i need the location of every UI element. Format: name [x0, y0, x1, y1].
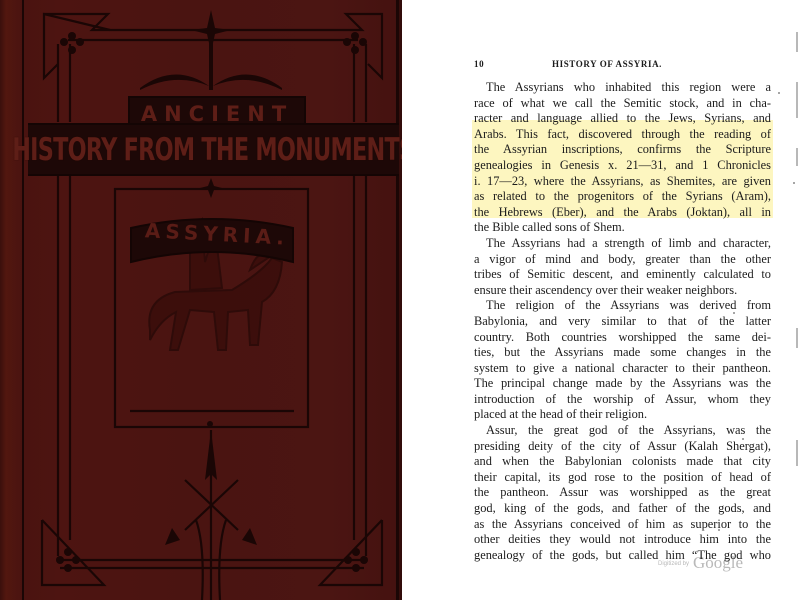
highlighted-text-line[interactable]: the Bible called sons of Shem.	[474, 220, 771, 236]
text-line: ensure their ascendency over their weake…	[474, 283, 771, 299]
text-line: The Assyrians had a strength of limb and…	[474, 236, 771, 252]
text-line: racter and language allied to the Jews, …	[474, 111, 771, 127]
text-line: and when the Babylonian colonists made t…	[474, 454, 771, 470]
scan-speck	[793, 182, 795, 184]
text-line: their capital, its god rose to the posit…	[474, 470, 771, 486]
highlighted-text-line[interactable]: Arabs. This fact, discovered through the…	[474, 127, 771, 143]
text-line: system to give a national character to t…	[474, 361, 771, 377]
text-line: god, king of the gods, and father of the…	[474, 501, 771, 517]
cover-top-line: ANCIENT	[141, 102, 293, 126]
page-number: 10	[474, 59, 484, 69]
scan-speck	[778, 92, 780, 94]
highlighted-text-line[interactable]: i. 17—23, where the Assyrians, as Shemit…	[474, 174, 771, 190]
highlighted-text-line[interactable]: the Assyrian inscriptions, confirms the …	[474, 142, 771, 158]
text-line: tribes of Semitic descent, and eminently…	[474, 267, 771, 283]
scan-edge-mark	[796, 148, 798, 166]
text-line: a vigor of mind and body, greater than t…	[474, 252, 771, 268]
text-line: The religion of the Assyrians was derive…	[474, 298, 771, 314]
scan-edge-mark	[796, 32, 798, 52]
text-line: introduction of the worship of Assur, wh…	[474, 392, 771, 408]
running-head: HISTORY OF ASSYRIA.	[552, 59, 662, 69]
text-line: ties, but the Assyrians made some change…	[474, 345, 771, 361]
text-line: placed at the head of their religion.	[474, 407, 771, 423]
text-line: the pantheon. Assur was worshipped as th…	[474, 485, 771, 501]
text-line: genealogy of the gods, but called him “T…	[474, 548, 771, 564]
highlighted-text-line[interactable]: the Hebrews (Eber), and the Arabs (Jokta…	[474, 205, 771, 221]
cover-title-band: HISTORY FROM THE MONUMENTS	[28, 123, 399, 176]
text-line: The principal change made by the Assyria…	[474, 376, 771, 392]
text-line: race of what we call the Semitic stock, …	[474, 96, 771, 112]
scan-edge-mark	[796, 82, 798, 118]
cover-title: HISTORY FROM THE MONUMENTS	[12, 132, 402, 168]
page-header: 10 HISTORY OF ASSYRIA.	[474, 59, 774, 73]
text-line: presiding deity of the city of Assur (Ka…	[474, 439, 771, 455]
highlighted-text-line[interactable]: as related to the progenitors of the Syr…	[474, 189, 771, 205]
text-line: Babylonia, and very similar to that of t…	[474, 314, 771, 330]
text-line: other deities they would not introduce h…	[474, 532, 771, 548]
scan-edge-mark	[796, 328, 798, 348]
scan-edge-mark	[796, 440, 798, 466]
text-line: Assur, the great god of the Assyrians, w…	[474, 423, 771, 439]
text-line: The Assyrians who inhabited this region …	[474, 80, 771, 96]
text-line: country. Both countries worshipped the s…	[474, 330, 771, 346]
page-body-text: The Assyrians who inhabited this region …	[474, 80, 771, 563]
highlighted-text-line[interactable]: genealogies in Genesis x. 21—31, and 1 C…	[474, 158, 771, 174]
cover-ornament-frame	[0, 0, 402, 600]
book-cover: ANCIENT HISTORY FROM THE MONUMENTS ASSYR…	[0, 0, 402, 600]
text-line: as the Assyrians conceived of him as sup…	[474, 517, 771, 533]
